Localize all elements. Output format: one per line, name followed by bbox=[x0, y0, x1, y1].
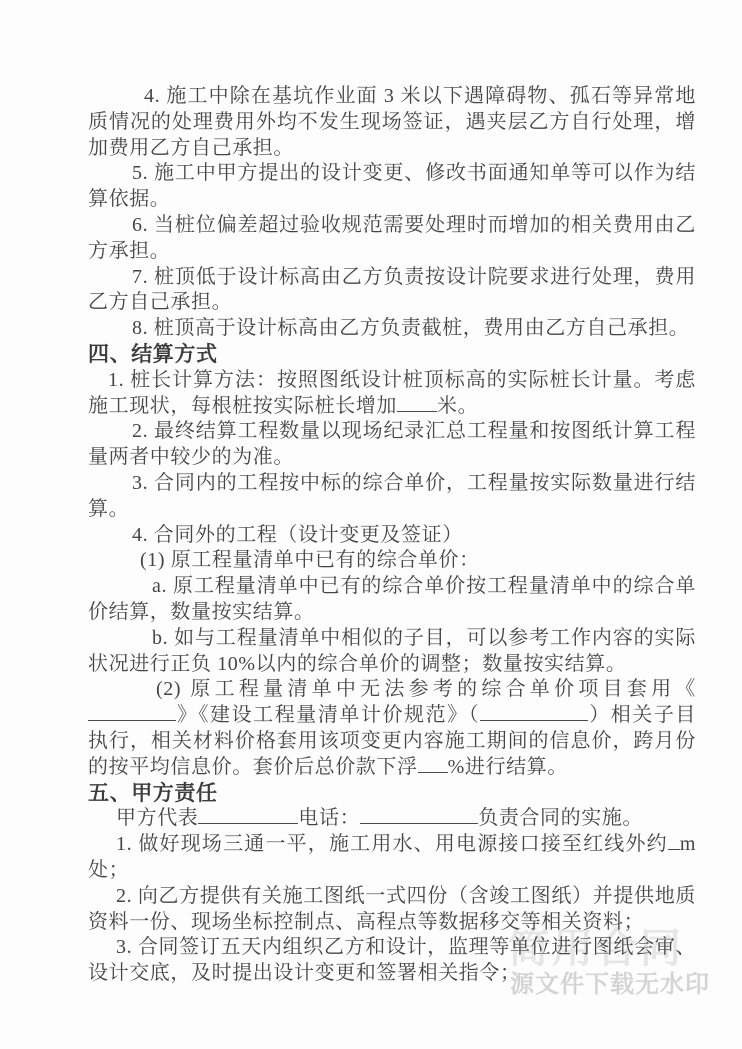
text-run: 五、甲方责任 bbox=[88, 782, 218, 805]
text-run: 3. 合同签订五天内组织乙方和设计，监理等单位进行图纸会审、设计交底，及时提出设… bbox=[88, 936, 696, 984]
paragraph: 5. 施工中甲方提出的设计变更、修改书面通知单等可以作为结算依据。 bbox=[88, 161, 696, 213]
paragraph: 2. 最终结算工程数量以现场纪录汇总工程量和按图纸计算工程量两者中较少的为准。 bbox=[88, 419, 696, 471]
paragraph: 甲方代表电话：负责合同的实施。 bbox=[88, 806, 696, 832]
paragraph: 4. 施工中除在基坑作业面 3 米以下遇障碍物、孤石等异常地质情况的处理费用外均… bbox=[88, 84, 696, 161]
paragraph: a. 原工程量清单中已有的综合单价按工程量清单中的综合单价结算，数量按实结算。 bbox=[88, 574, 696, 626]
paragraph: 3. 合同签订五天内组织乙方和设计，监理等单位进行图纸会审、设计交底，及时提出设… bbox=[88, 935, 696, 987]
text-run: 8. 桩顶高于设计标高由乙方负责截桩，费用由乙方自己承担。 bbox=[132, 317, 689, 339]
text-run: 负责合同的实施。 bbox=[478, 807, 643, 829]
text-run: 4. 施工中除在基坑作业面 3 米以下遇障碍物、孤石等异常地质情况的处理费用外均… bbox=[88, 85, 696, 159]
text-run: 》《建设工程量清单计价规范》（ bbox=[176, 704, 480, 726]
text-run: 5. 施工中甲方提出的设计变更、修改书面通知单等可以作为结算依据。 bbox=[88, 162, 696, 210]
text-run: 3. 合同内的工程按中标的综合单价，工程量按实际数量进行结算。 bbox=[88, 472, 696, 520]
text-run: 甲方代表 bbox=[116, 807, 198, 829]
paragraph: 2. 向乙方提供有关施工图纸一式四份（含竣工图纸）并提供地质资料一份、现场坐标控… bbox=[88, 884, 696, 936]
text-run: b. 如与工程量清单中相似的子目，可以参考工作内容的实际状况进行正负 10%以内… bbox=[88, 627, 696, 675]
paragraph: 8. 桩顶高于设计标高由乙方负责截桩，费用由乙方自己承担。 bbox=[88, 316, 696, 342]
paragraph: 6. 当桩位偏差超过验收规范需要处理时而增加的相关费用由乙方承担。 bbox=[88, 213, 696, 265]
blank-underline bbox=[198, 807, 298, 824]
text-run: 1. 桩长计算方法：按照图纸设计桩顶标高的实际桩长计量。考虑施工现状，每根桩按实… bbox=[88, 369, 696, 417]
text-run: 4. 合同外的工程（设计变更及签证） bbox=[132, 524, 463, 546]
blank-underline bbox=[397, 395, 437, 412]
paragraph: (1) 原工程量清单中已有的综合单价： bbox=[88, 548, 696, 574]
text-run: 2. 最终结算工程数量以现场纪录汇总工程量和按图纸计算工程量两者中较少的为准。 bbox=[88, 420, 696, 468]
text-run: 2. 向乙方提供有关施工图纸一式四份（含竣工图纸）并提供地质资料一份、现场坐标控… bbox=[88, 885, 696, 933]
blank-underline bbox=[668, 833, 680, 850]
blank-underline bbox=[88, 704, 176, 721]
blank-underline bbox=[480, 704, 588, 721]
text-run: (2) 原工程量清单中无法参考的综合单价项目套用《 bbox=[156, 678, 696, 700]
text-run: a. 原工程量清单中已有的综合单价按工程量清单中的综合单价结算，数量按实结算。 bbox=[88, 575, 696, 623]
text-run: 7. 桩顶低于设计标高由乙方负责按设计院要求进行处理，费用乙方自己承担。 bbox=[88, 266, 696, 314]
text-run: 电话： bbox=[298, 807, 360, 829]
document-page: 简用合同 源文件下载无水印 4. 施工中除在基坑作业面 3 米以下遇障碍物、孤石… bbox=[0, 0, 742, 1049]
paragraph: (2) 原工程量清单中无法参考的综合单价项目套用《》《建设工程量清单计价规范》（… bbox=[88, 677, 696, 780]
text-run: 6. 当桩位偏差超过验收规范需要处理时而增加的相关费用由乙方承担。 bbox=[88, 214, 696, 262]
paragraph: 3. 合同内的工程按中标的综合单价，工程量按实际数量进行结算。 bbox=[88, 471, 696, 523]
document-body: 4. 施工中除在基坑作业面 3 米以下遇障碍物、孤石等异常地质情况的处理费用外均… bbox=[88, 84, 696, 987]
text-run: (1) 原工程量清单中已有的综合单价： bbox=[140, 549, 480, 571]
text-run: 1. 做好现场三通一平，施工用水、用电源接口接至红线外约 bbox=[116, 833, 668, 855]
paragraph: 7. 桩顶低于设计标高由乙方负责按设计院要求进行处理，费用乙方自己承担。 bbox=[88, 265, 696, 317]
paragraph: 4. 合同外的工程（设计变更及签证） bbox=[88, 523, 696, 549]
text-run: 四、结算方式 bbox=[88, 343, 218, 366]
blank-underline bbox=[360, 807, 478, 824]
paragraph: 1. 桩长计算方法：按照图纸设计桩顶标高的实际桩长计量。考虑施工现状，每根桩按实… bbox=[88, 368, 696, 420]
section-heading: 五、甲方责任 bbox=[88, 781, 696, 807]
paragraph: b. 如与工程量清单中相似的子目，可以参考工作内容的实际状况进行正负 10%以内… bbox=[88, 626, 696, 678]
blank-underline bbox=[418, 756, 448, 773]
paragraph: 1. 做好现场三通一平，施工用水、用电源接口接至红线外约m处； bbox=[88, 832, 696, 884]
text-run: 米。 bbox=[437, 395, 478, 417]
section-heading: 四、结算方式 bbox=[88, 342, 696, 368]
text-run: %进行结算。 bbox=[448, 756, 568, 778]
